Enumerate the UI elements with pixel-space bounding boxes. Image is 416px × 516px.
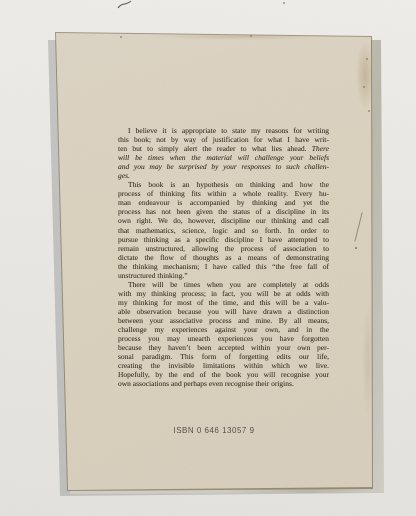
italic-text: will be times when the material will cha… [118, 153, 329, 162]
stain-speck [366, 58, 368, 60]
text-line: ges. [118, 171, 329, 180]
text-line: creating the invisible limitations withi… [118, 361, 329, 370]
italic-text: There [312, 144, 329, 153]
body-text: ten but to simply alert the reader to wh… [118, 144, 312, 153]
text-line: There will be times when you are complet… [118, 280, 329, 289]
text-line: the thinking mechanism; I have called th… [118, 262, 329, 271]
dust-speck [283, 2, 285, 4]
paragraph: This book is an hypothesis on thinking a… [118, 180, 329, 280]
text-line: my thinking for most of the time, and th… [118, 298, 329, 307]
body-text: with my thinking process; in fact, you w… [118, 289, 329, 298]
body-text: this book; not by way of justification f… [118, 135, 329, 144]
text-line: own right. We do, however, discipline ou… [118, 216, 329, 225]
text-line: this book; not by way of justification f… [118, 135, 329, 144]
paragraph: I believe it is appropriate to state my … [118, 126, 329, 180]
body-text: that mathematics, science, logic and so … [118, 226, 329, 235]
body-text: remain unstructured, allowing the proces… [118, 244, 329, 253]
text-line: dictate the flow of thoughts as a means … [118, 253, 329, 262]
text-line: able observation because you will have d… [118, 307, 329, 316]
body-text: own associations and perhaps even recogn… [118, 379, 294, 388]
paragraph: There will be times when you are complet… [118, 280, 329, 389]
body-text: the thinking mechanism; I have called th… [118, 262, 329, 271]
body-text: man endeavour is accompanied by thinking… [118, 198, 329, 207]
body-text: Hopefully, by the end of the book you wi… [118, 370, 329, 379]
text-line: I believe it is appropriate to state my … [118, 126, 329, 135]
body-text: challenge my experiences against your ow… [118, 325, 329, 334]
body-text: process has not been given the status of… [118, 207, 329, 216]
body-text: own right. We do, however, discipline ou… [118, 216, 329, 225]
blurb-text: I believe it is appropriate to state my … [118, 126, 329, 388]
body-text: I believe it is appropriate to state my … [128, 126, 329, 135]
text-line: ten but to simply alert the reader to wh… [118, 144, 329, 153]
text-line: with my thinking process; in fact, you w… [118, 289, 329, 298]
text-line: will be times when the material will cha… [118, 153, 329, 162]
text-line: and you may be surprised by your respons… [118, 162, 329, 171]
text-line: unstructured thinking.” [118, 271, 329, 280]
text-line: challenge my experiences against your ow… [118, 325, 329, 334]
body-text: creating the invisible limitations withi… [118, 361, 329, 370]
text-line: sonal paradigm. This form of forgetting … [118, 352, 329, 361]
text-line: own associations and perhaps even recogn… [118, 379, 329, 388]
text-line: process has not been given the status of… [118, 207, 329, 216]
body-text: pursue thinking as a specific discipline… [118, 235, 329, 244]
isbn-text: ISBN 0 646 13057 9 [56, 426, 372, 435]
body-text: my thinking for most of the time, and th… [118, 298, 329, 307]
photo-background: I believe it is appropriate to state my … [0, 0, 416, 516]
body-text: dictate the flow of thoughts as a means … [118, 253, 329, 262]
body-text: There will be times when you are complet… [128, 280, 329, 289]
text-line: between your associative process and min… [118, 316, 329, 325]
stray-thread-icon [117, 0, 133, 9]
scratch-mark [354, 212, 362, 241]
text-line: Hopefully, by the end of the book you wi… [118, 370, 329, 379]
italic-text: ges. [118, 171, 130, 180]
stain-speck [368, 110, 370, 112]
stain-speck [363, 86, 365, 88]
text-line: process of thinking fits within a whole … [118, 189, 329, 198]
body-text: unstructured thinking.” [118, 271, 188, 280]
text-line: pursue thinking as a specific discipline… [118, 235, 329, 244]
text-line: process you may unearth experiences you … [118, 334, 329, 343]
body-text: because they haven’t been accepted withi… [118, 343, 329, 352]
body-text: This book is an hypothesis on thinking a… [128, 180, 329, 189]
body-text: process of thinking fits within a whole … [118, 189, 329, 198]
scratch-dot [355, 247, 357, 249]
text-line: remain unstructured, allowing the proces… [118, 244, 329, 253]
body-text: sonal paradigm. This form of forgetting … [118, 352, 329, 361]
text-line: because they haven’t been accepted withi… [118, 343, 329, 352]
text-line: man endeavour is accompanied by thinking… [118, 198, 329, 207]
body-text: process you may unearth experiences you … [118, 334, 329, 343]
italic-text: and you may be surprised by your respons… [118, 162, 329, 171]
body-text: between your associative process and min… [118, 316, 329, 325]
stain-speck [120, 36, 122, 38]
body-text: able observation because you will have d… [118, 307, 329, 316]
text-line: This book is an hypothesis on thinking a… [118, 180, 329, 189]
text-line: that mathematics, science, logic and so … [118, 226, 329, 235]
